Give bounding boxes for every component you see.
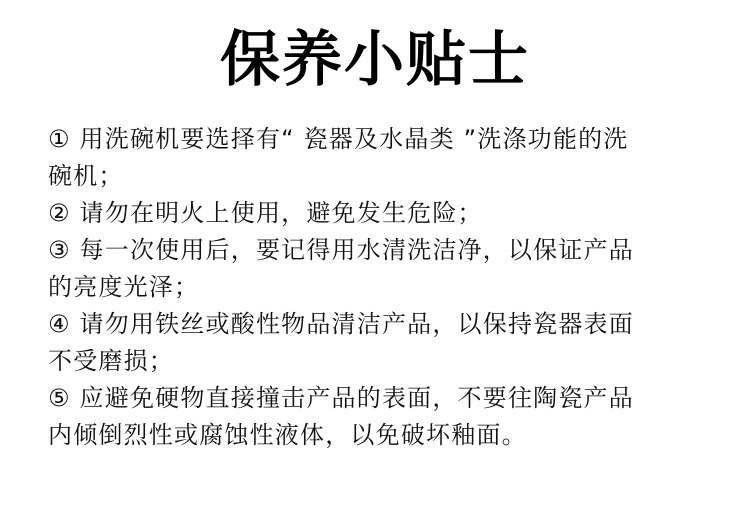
tip-2-line-1: ② 请勿在明火上使用，避免发生危险； <box>48 195 708 232</box>
tip-3-line-2: 的亮度光泽； <box>48 269 708 306</box>
page-title: 保养小贴士 <box>0 22 750 98</box>
tip-5-line-2: 内倾倒烈性或腐蚀性液体，以免破坏釉面。 <box>48 417 708 454</box>
tip-4-line-1: ④ 请勿用铁丝或酸性物品清洁产品，以保持瓷器表面 <box>48 306 708 343</box>
care-tips-list: ① 用洗碗机要选择有“ 瓷器及水晶类 ”洗涤功能的洗 碗机； ② 请勿在明火上使… <box>48 121 708 454</box>
tip-5-line-1: ⑤ 应避免硬物直接撞击产品的表面，不要往陶瓷产品 <box>48 380 708 417</box>
tip-1-line-2: 碗机； <box>48 158 708 195</box>
tip-1-line-1: ① 用洗碗机要选择有“ 瓷器及水晶类 ”洗涤功能的洗 <box>48 121 708 158</box>
tip-4-line-2: 不受磨损； <box>48 343 708 380</box>
tip-3-line-1: ③ 每一次使用后，要记得用水清洗洁净，以保证产品 <box>48 232 708 269</box>
